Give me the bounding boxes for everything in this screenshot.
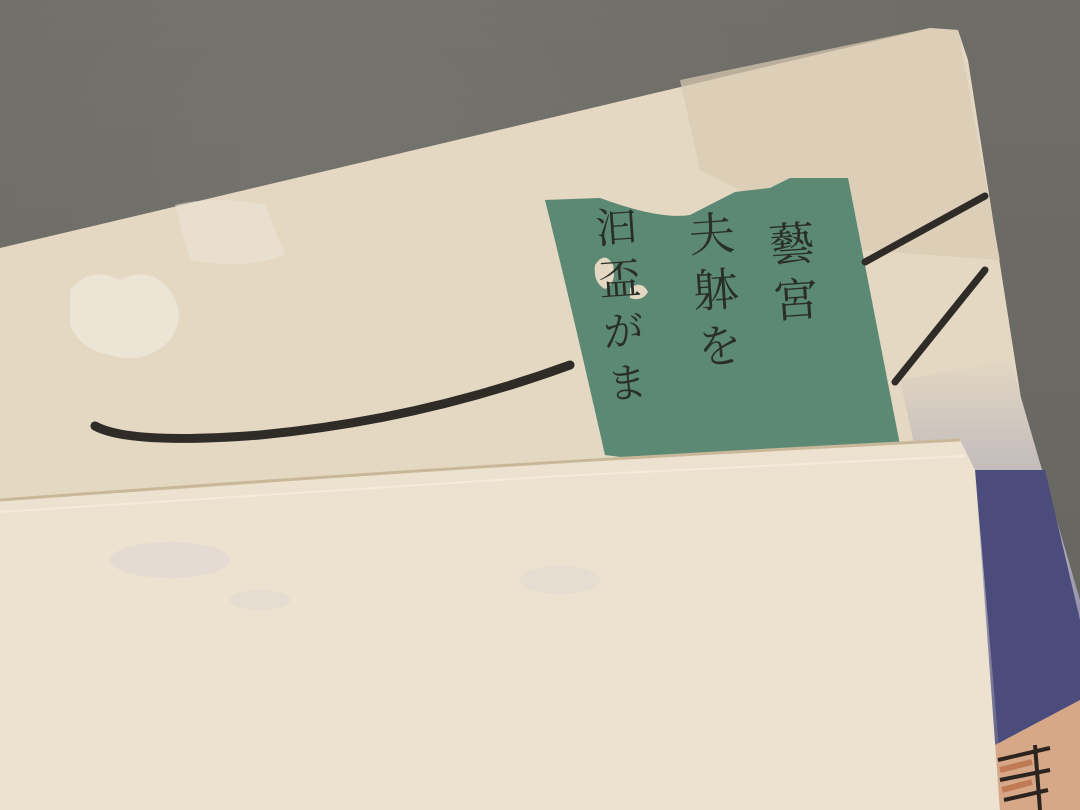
print-fragment-illustration xyxy=(0,0,1080,810)
cartouche-column-middle: 夫躰を xyxy=(684,209,742,380)
cartouche-column-right: 藝宮 xyxy=(764,219,818,334)
cartouche-column-left: 汩盃がま xyxy=(591,204,647,414)
